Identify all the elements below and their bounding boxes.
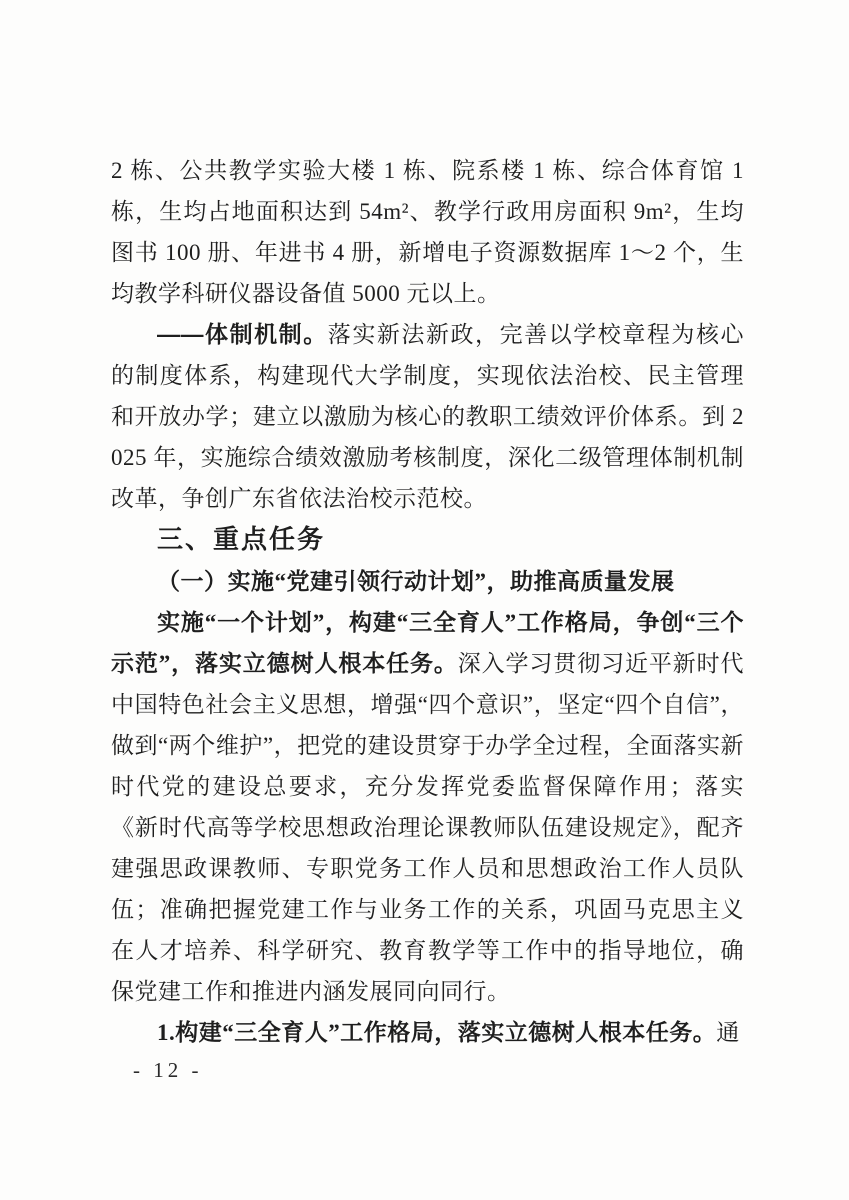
section-heading-text: 三、重点任务 bbox=[157, 524, 325, 554]
section-heading: 三、重点任务 bbox=[111, 519, 744, 561]
paragraph-sanquan-yuren-lead: 1.构建“三全育人”工作格局，落实立德树人根本任务。 bbox=[157, 1020, 716, 1045]
paragraph-party-building-body: 深入学习贯彻习近平新时代中国特色社会主义思想，增强“四个意识”，坚定“四个自信”… bbox=[111, 651, 744, 1004]
paragraph-sanquan-yuren: 1.构建“三全育人”工作格局，落实立德树人根本任务。通 bbox=[111, 1012, 744, 1053]
paragraph-system-mechanism-body: 落实新法新政，完善以学校章程为核心的制度体系，构建现代大学制度，实现依法治校、民… bbox=[111, 322, 744, 511]
paragraph-construction-metrics: 2 栋、公共教学实验大楼 1 栋、院系楼 1 栋、综合体育馆 1 栋，生均占地面… bbox=[111, 150, 744, 314]
document-text-block: 2 栋、公共教学实验大楼 1 栋、院系楼 1 栋、综合体育馆 1 栋，生均占地面… bbox=[111, 150, 744, 1053]
paragraph-party-building: 实施“一个计划”，构建“三全育人”工作格局，争创“三个示范”，落实立德树人根本任… bbox=[111, 602, 744, 1012]
paragraph-system-mechanism-lead: ——体制机制。 bbox=[157, 321, 328, 347]
page-number-footer: - 12 - bbox=[133, 1056, 203, 1084]
paragraph-construction-metrics-text: 2 栋、公共教学实验大楼 1 栋、院系楼 1 栋、综合体育馆 1 栋，生均占地面… bbox=[111, 158, 744, 306]
subsection-heading: （一）实施“党建引领行动计划”，助推高质量发展 bbox=[111, 561, 744, 602]
subsection-heading-text: （一）实施“党建引领行动计划”，助推高质量发展 bbox=[157, 569, 675, 594]
document-page: 2 栋、公共教学实验大楼 1 栋、院系楼 1 栋、综合体育馆 1 栋，生均占地面… bbox=[0, 0, 849, 1200]
paragraph-sanquan-yuren-tail: 通 bbox=[716, 1020, 740, 1045]
paragraph-system-mechanism: ——体制机制。落实新法新政，完善以学校章程为核心的制度体系，构建现代大学制度，实… bbox=[111, 314, 744, 519]
